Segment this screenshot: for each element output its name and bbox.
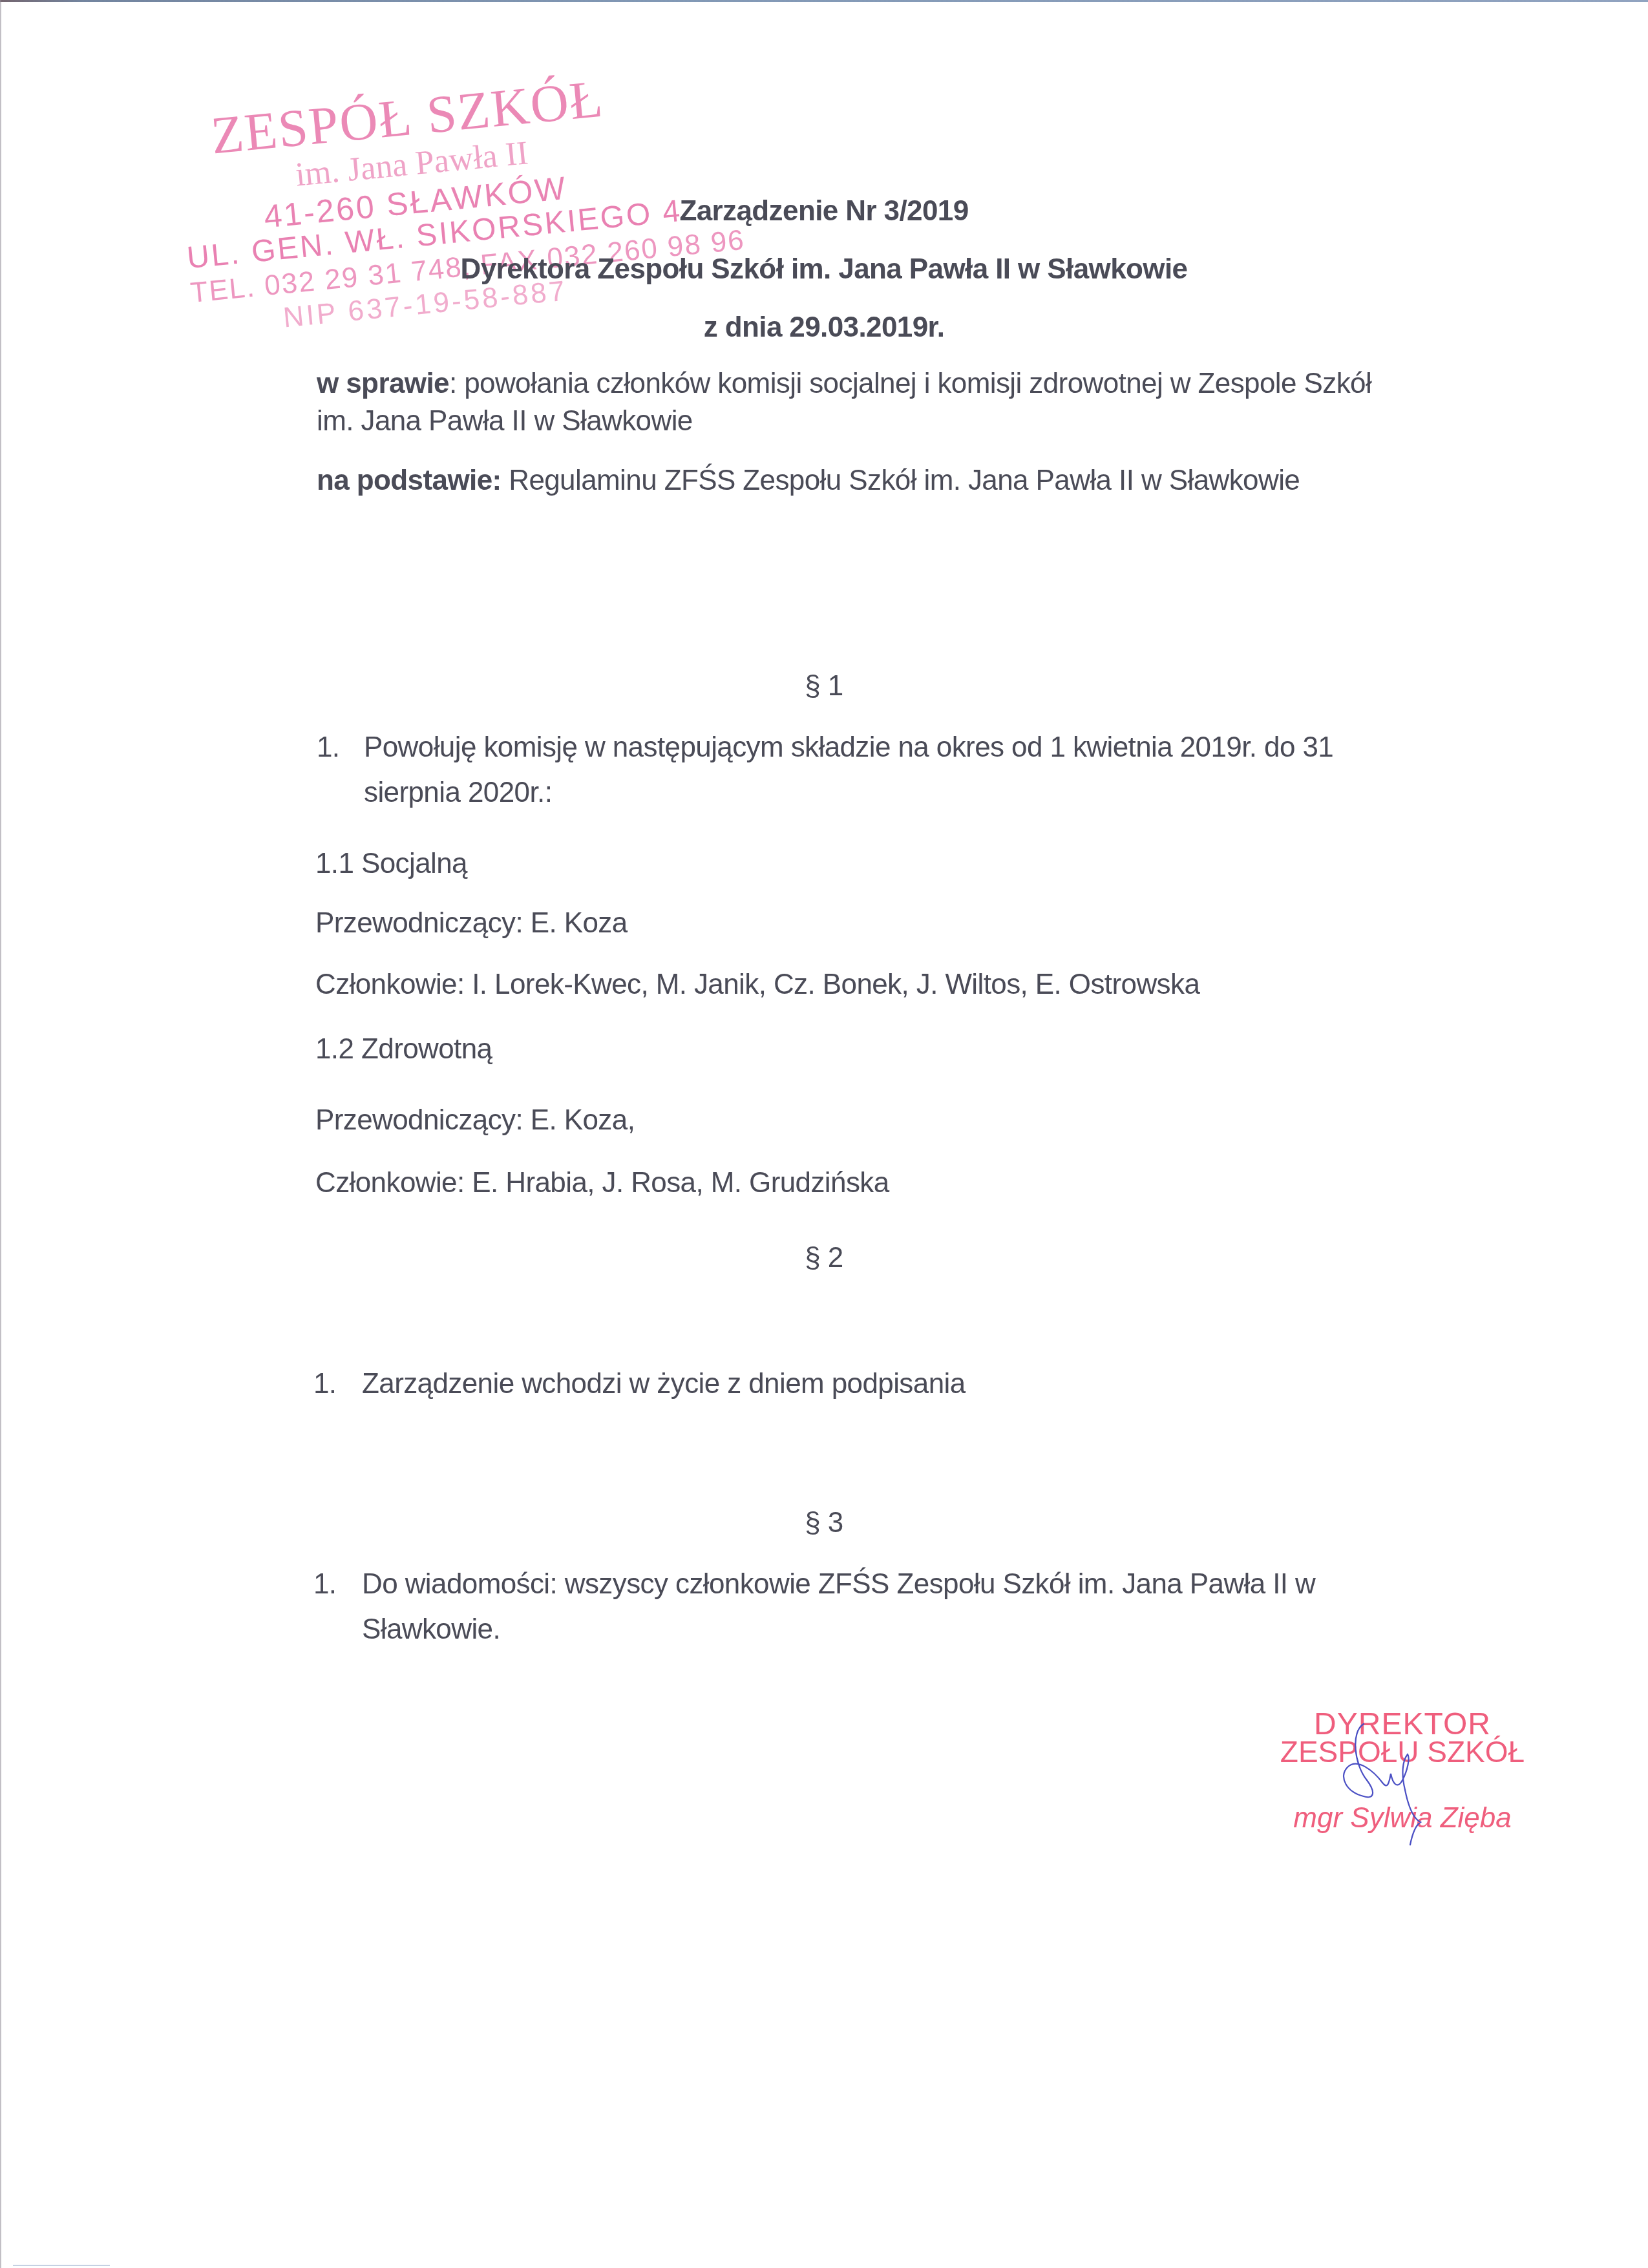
document-issuer-text: Dyrektora Zespołu Szkół im. Jana Pawła I… <box>461 255 1188 284</box>
basis-label: na podstawie: <box>317 465 502 496</box>
document-date: z dnia 29.03.2019r. <box>0 313 1648 342</box>
committee-health-heading: 1.2 Zdrowotną <box>315 1035 492 1064</box>
section-1-item-number: 1. <box>317 733 340 762</box>
basis-line: na podstawie: Regulaminu ZFŚS Zespołu Sz… <box>317 467 1300 495</box>
document-date-text: z dnia 29.03.2019r. <box>704 313 945 342</box>
section-3-item-number: 1. <box>313 1570 337 1599</box>
section-3-item-line2: Sławkowie. <box>362 1615 500 1644</box>
section-mark-3-text: § 3 <box>805 1509 843 1537</box>
section-2-item-line1: Zarządzenie wchodzi w życie z dniem podp… <box>362 1370 966 1398</box>
document-issuer: Dyrektora Zespołu Szkół im. Jana Pawła I… <box>0 255 1648 284</box>
committee-health-chair: Przewodniczący: E. Koza, <box>315 1106 635 1135</box>
scan-edge-bottom <box>13 2265 110 2266</box>
section-1-item-line2: sierpnia 2020r.: <box>364 779 552 807</box>
document-title: Zarządzenie Nr 3/2019 <box>0 197 1648 226</box>
document-page: ZESPÓŁ SZKÓŁ im. Jana Pawła II 41-260 SŁ… <box>0 0 1648 2268</box>
section-mark-2-text: § 2 <box>805 1244 843 1272</box>
document-title-text: Zarządzenie Nr 3/2019 <box>679 197 968 226</box>
subject-label: w sprawie <box>317 368 449 399</box>
section-mark-1-text: § 1 <box>805 672 843 700</box>
section-3-item-line1: Do wiadomości: wszyscy członkowie ZFŚS Z… <box>362 1570 1315 1599</box>
subject-line: w sprawie: powołania członków komisji so… <box>317 370 1371 398</box>
handwritten-signature-icon <box>1338 1719 1441 1848</box>
section-mark-3: § 3 <box>0 1509 1648 1537</box>
committee-social-members: Członkowie: I. Lorek-Kwec, M. Janik, Cz.… <box>315 971 1199 999</box>
scan-edge-top <box>0 0 1648 2</box>
subject-text: : powołania członków komisji socjalnej i… <box>449 368 1371 399</box>
section-1-item-line1: Powołuję komisję w następującym składzie… <box>364 733 1333 762</box>
section-mark-1: § 1 <box>0 672 1648 700</box>
subject-line-2: im. Jana Pawła II w Sławkowie <box>317 407 693 436</box>
basis-text: Regulaminu ZFŚS Zespołu Szkół im. Jana P… <box>502 465 1300 496</box>
section-2-item-number: 1. <box>313 1370 337 1398</box>
committee-health-members: Członkowie: E. Hrabia, J. Rosa, M. Grudz… <box>315 1169 889 1197</box>
committee-social-chair: Przewodniczący: E. Koza <box>315 909 628 938</box>
section-mark-2: § 2 <box>0 1244 1648 1272</box>
committee-social-heading: 1.1 Socjalną <box>315 850 467 878</box>
